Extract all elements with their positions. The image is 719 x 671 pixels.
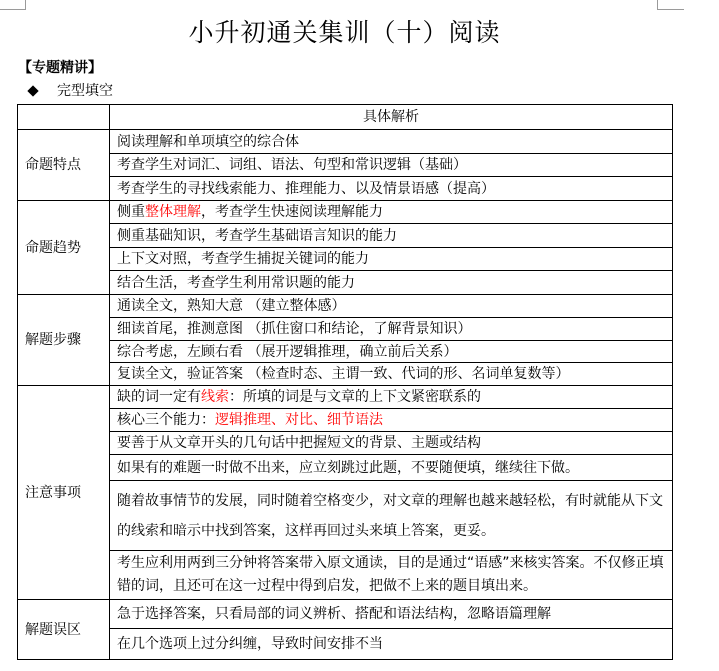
table-row: 综合考虑，左顾右看 （展开逻辑推理，确立前后关系） <box>18 341 673 363</box>
diamond-bullet-icon <box>27 85 38 96</box>
detail-cell: 阅读理解和单项填空的综合体 <box>110 130 673 154</box>
detail-text: 缺的词一定有 <box>117 389 201 405</box>
detail-cell: 急于选择答案，只看局部的词义辨析、搭配和语法结构，忽略语篇理解 <box>110 600 673 629</box>
header-cell-category <box>18 105 110 130</box>
detail-cell: 侧重整体理解，考查学生快速阅读理解能力 <box>110 201 673 224</box>
detail-text: 综合考虑，左顾右看 （展开逻辑推理，确立前后关系） <box>117 344 457 360</box>
table-row: 结合生活，考查学生利用常识题的能力 <box>18 271 673 295</box>
detail-text: 考查学生的寻找线索能力、推理能力、以及情景语感（提高） <box>117 181 495 197</box>
detail-text: ：所填的词是与文章的上下文紧密联系的 <box>229 389 481 405</box>
page-corner-mark-right <box>657 0 658 10</box>
table-row: 命题特点阅读理解和单项填空的综合体 <box>18 130 673 154</box>
table-row: 在几个选项上过分纠缠，导致时间安排不当 <box>18 629 673 660</box>
analysis-table: 具体解析 命题特点阅读理解和单项填空的综合体考查学生对词汇、词组、语法、句型和常… <box>17 104 673 660</box>
category-cell: 注意事项 <box>18 386 110 600</box>
table-row: 注意事项缺的词一定有线索：所填的词是与文章的上下文紧密联系的 <box>18 386 673 409</box>
detail-cell: 缺的词一定有线索：所填的词是与文章的上下文紧密联系的 <box>110 386 673 409</box>
detail-text: 侧重 <box>117 204 145 220</box>
document-title: 小升初通关集训（十）阅读 <box>0 17 689 49</box>
detail-cell: 侧重基础知识，考查学生基础语言知识的能力 <box>110 224 673 248</box>
table-row: 命题趋势侧重整体理解，考查学生快速阅读理解能力 <box>18 201 673 224</box>
category-cell: 解题误区 <box>18 600 110 660</box>
detail-cell: 考查学生对词汇、词组、语法、句型和常识逻辑（基础） <box>110 154 673 177</box>
table-row: 考生应利用两到三分钟将答案带入原文通读，目的是通过“语感”来核实答案。不仅修正填… <box>18 551 673 600</box>
page-corner-mark-right <box>657 9 684 10</box>
detail-cell: 如果有的难题一时做不出来，应立刻跳过此题，不要随便填，继续往下做。 <box>110 455 673 481</box>
detail-text: 上下文对照，考查学生捕捉关键词的能力 <box>117 251 369 267</box>
page-corner-mark-left <box>0 9 25 10</box>
bullet-item-label: 完型填空 <box>57 82 113 100</box>
highlighted-text: 逻辑推理、对比、细节语法 <box>215 412 383 428</box>
table-header-row: 具体解析 <box>18 105 673 130</box>
detail-text: 通读全文，熟知大意 （建立整体感） <box>117 298 345 314</box>
table-row: 解题误区急于选择答案，只看局部的词义辨析、搭配和语法结构，忽略语篇理解 <box>18 600 673 629</box>
category-cell: 命题趋势 <box>18 201 110 295</box>
highlighted-text: 线索 <box>201 389 229 405</box>
detail-text: 阅读理解和单项填空的综合体 <box>117 134 299 150</box>
table-row: 如果有的难题一时做不出来，应立刻跳过此题，不要随便填，继续往下做。 <box>18 455 673 481</box>
detail-cell: 核心三个能力：逻辑推理、对比、细节语法 <box>110 409 673 432</box>
detail-text: 考生应利用两到三分钟将答案带入原文通读，目的是通过“语感”来核实答案。不仅修正填… <box>117 555 664 594</box>
detail-text: ，考查学生快速阅读理解能力 <box>201 204 383 220</box>
detail-cell: 要善于从文章开头的几句话中把握短文的背景、主题或结构 <box>110 432 673 455</box>
detail-cell: 考生应利用两到三分钟将答案带入原文通读，目的是通过“语感”来核实答案。不仅修正填… <box>110 551 673 600</box>
detail-cell: 复读全文，验证答案 （检查时态、主谓一致、代词的形、名词单复数等） <box>110 363 673 386</box>
table-row: 随着故事情节的发展，同时随着空格变少，对文章的理解也越来越轻松，有时就能从下文的… <box>18 481 673 551</box>
detail-text: 在几个选项上过分纠缠，导致时间安排不当 <box>117 636 383 652</box>
table-row: 要善于从文章开头的几句话中把握短文的背景、主题或结构 <box>18 432 673 455</box>
category-cell: 解题步骤 <box>18 295 110 386</box>
section-heading: 【专题精讲】 <box>18 59 102 77</box>
bullet-item: 完型填空 <box>27 82 113 100</box>
detail-cell: 细读首尾，推测意图 （抓住窗口和结论，了解背景知识） <box>110 318 673 341</box>
category-cell: 命题特点 <box>18 130 110 201</box>
detail-cell: 上下文对照，考查学生捕捉关键词的能力 <box>110 248 673 271</box>
detail-text: 细读首尾，推测意图 （抓住窗口和结论，了解背景知识） <box>117 321 471 337</box>
detail-text: 考查学生对词汇、词组、语法、句型和常识逻辑（基础） <box>117 157 467 173</box>
table-row: 上下文对照，考查学生捕捉关键词的能力 <box>18 248 673 271</box>
detail-cell: 在几个选项上过分纠缠，导致时间安排不当 <box>110 629 673 660</box>
detail-text: 核心三个能力： <box>117 412 215 428</box>
detail-text: 侧重基础知识，考查学生基础语言知识的能力 <box>117 228 397 244</box>
detail-text: 结合生活，考查学生利用常识题的能力 <box>117 275 355 291</box>
detail-text: 如果有的难题一时做不出来，应立刻跳过此题，不要随便填，继续往下做。 <box>117 460 579 476</box>
detail-cell: 随着故事情节的发展，同时随着空格变少，对文章的理解也越来越轻松，有时就能从下文的… <box>110 481 673 551</box>
header-cell-detail: 具体解析 <box>110 105 673 130</box>
page-corner-mark-left <box>25 0 26 10</box>
table-row: 侧重基础知识，考查学生基础语言知识的能力 <box>18 224 673 248</box>
detail-text: 急于选择答案，只看局部的词义辨析、搭配和语法结构，忽略语篇理解 <box>117 606 551 622</box>
table-row: 考查学生的寻找线索能力、推理能力、以及情景语感（提高） <box>18 177 673 201</box>
table-row: 细读首尾，推测意图 （抓住窗口和结论，了解背景知识） <box>18 318 673 341</box>
table-row: 核心三个能力：逻辑推理、对比、细节语法 <box>18 409 673 432</box>
detail-text: 复读全文，验证答案 （检查时态、主谓一致、代词的形、名词单复数等） <box>117 366 569 382</box>
table-row: 复读全文，验证答案 （检查时态、主谓一致、代词的形、名词单复数等） <box>18 363 673 386</box>
detail-cell: 通读全文，熟知大意 （建立整体感） <box>110 295 673 318</box>
detail-cell: 考查学生的寻找线索能力、推理能力、以及情景语感（提高） <box>110 177 673 201</box>
detail-text: 要善于从文章开头的几句话中把握短文的背景、主题或结构 <box>117 435 481 451</box>
table-row: 解题步骤通读全文，熟知大意 （建立整体感） <box>18 295 673 318</box>
table-row: 考查学生对词汇、词组、语法、句型和常识逻辑（基础） <box>18 154 673 177</box>
highlighted-text: 整体理解 <box>145 204 201 220</box>
detail-cell: 结合生活，考查学生利用常识题的能力 <box>110 271 673 295</box>
detail-text: 随着故事情节的发展，同时随着空格变少，对文章的理解也越来越轻松，有时就能从下文的… <box>117 493 663 539</box>
detail-cell: 综合考虑，左顾右看 （展开逻辑推理，确立前后关系） <box>110 341 673 363</box>
